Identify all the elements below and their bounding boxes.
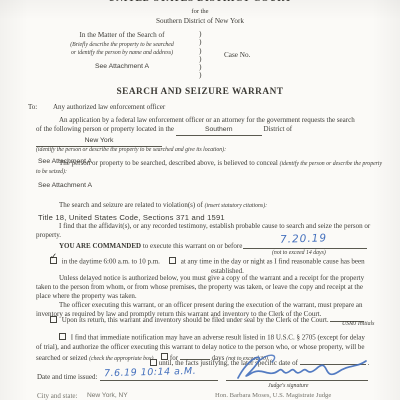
probable-cause-line1: I find that the affidavit(s), or any rec… bbox=[36, 222, 392, 231]
daytime-checkbox: ✓ bbox=[50, 257, 57, 264]
probable-cause-paragraph: I find that the affidavit(s), or any rec… bbox=[36, 222, 392, 240]
unless-line3: place where the property was taken. bbox=[36, 292, 392, 301]
to-line: To: Any authorized law enforcement offic… bbox=[28, 103, 165, 112]
unless-line2: taken to the person from whom, or from w… bbox=[36, 283, 392, 292]
caption-attachment: See Attachment A bbox=[42, 63, 202, 72]
application-line1: An application by a federal law enforcem… bbox=[36, 116, 392, 125]
city-state-label: City and state: bbox=[37, 392, 77, 400]
header-for-the: for the bbox=[0, 8, 400, 16]
command-bold: YOU ARE COMMANDED bbox=[59, 242, 141, 250]
delay-line1: I find that immediate notification may h… bbox=[36, 333, 392, 343]
unless-line1: Unless delayed notice is authorized belo… bbox=[36, 274, 392, 283]
court-title: UNITED STATES DISTRICT COURT bbox=[0, 0, 400, 5]
seal-checkbox bbox=[50, 316, 57, 323]
matter-note-2: or identify the person by name and addre… bbox=[42, 50, 202, 58]
execute-date-line bbox=[243, 248, 367, 249]
header-district: Southern District of New York bbox=[0, 17, 400, 26]
seal-text: Upon its return, this warrant and invent… bbox=[62, 316, 329, 324]
statutory-citation: Title 18, United States Code, Sections 3… bbox=[38, 213, 392, 223]
conceal-text: The person or property to be searched, d… bbox=[59, 159, 278, 167]
anytime-option: at any time in the day or night as I fin… bbox=[169, 257, 369, 276]
date-issued-label: Date and time issued: bbox=[37, 373, 97, 382]
conceal-note-2: to be seized): bbox=[36, 169, 392, 177]
caption-parens: ) ) ) ) ) ) bbox=[199, 30, 202, 80]
district-fill-in: Southern bbox=[176, 126, 262, 136]
delay-line3-pre: searched or seized bbox=[36, 354, 87, 362]
check-icon: ✓ bbox=[50, 252, 57, 263]
to-label: To: bbox=[28, 103, 37, 111]
conceal-paragraph: The person or property to be searched, d… bbox=[36, 159, 392, 191]
unless-paragraph: Unless delayed notice is authorized belo… bbox=[36, 274, 392, 301]
usmj-initials-label: USMJ Initials bbox=[342, 321, 374, 329]
probable-cause-line2: property. bbox=[36, 231, 392, 240]
state-fill-in: New York bbox=[36, 137, 162, 147]
violations-note: (insert statutory citations): bbox=[205, 203, 267, 209]
date-issued-handwritten: 7.6.19 10:14 a.M. bbox=[104, 366, 196, 381]
command-rest: to execute this warrant on or before bbox=[143, 242, 243, 250]
to-value: Any authorized law enforcement officer bbox=[53, 103, 165, 111]
paren: ) bbox=[199, 71, 202, 79]
application-line2-mid: District of bbox=[264, 125, 293, 133]
date-issued-line bbox=[100, 380, 218, 381]
violations-section: The search and seizure are related to vi… bbox=[36, 201, 392, 222]
doc-title: SEARCH AND SEIZURE WARRANT bbox=[0, 86, 400, 98]
delay-checkbox bbox=[59, 333, 66, 340]
application-note: (identify the person or describe the pro… bbox=[36, 147, 392, 155]
judge-signature-label: Judge's signature bbox=[268, 383, 308, 391]
conceal-note-1: (identify the person or describe the pro… bbox=[280, 161, 383, 167]
until-checkbox bbox=[150, 359, 157, 366]
anytime-label-line1: at any time in the day or night as I fin… bbox=[181, 258, 365, 266]
daytime-option: ✓ in the daytime 6:00 a.m. to 10 p.m. bbox=[50, 257, 160, 267]
caption-block: In the Matter of the Search of (Briefly … bbox=[42, 31, 202, 72]
city-state-value: New York, NY bbox=[87, 392, 128, 400]
application-line2-pre: of the following person or property loca… bbox=[36, 125, 174, 133]
seal-line: Upon its return, this warrant and invent… bbox=[50, 314, 392, 325]
judge-signature bbox=[224, 350, 370, 384]
violations-text: The search and seizure are related to vi… bbox=[59, 201, 203, 209]
delay-line3-note: (check the appropriate box) bbox=[89, 356, 153, 362]
matter-note-1: (Briefly describe the property to be sea… bbox=[42, 42, 202, 50]
case-no-label: Case No. bbox=[224, 51, 250, 60]
delay-line1-text: I find that immediate notification may h… bbox=[71, 334, 365, 342]
application-line2: of the following person or property loca… bbox=[36, 125, 392, 147]
conceal-line1: The person or property to be searched, d… bbox=[36, 159, 392, 169]
judge-name: Hon. Barbara Moses, U.S. Magistrate Judg… bbox=[215, 392, 331, 400]
violations-line: The search and seizure are related to vi… bbox=[36, 201, 392, 211]
daytime-label: in the daytime 6:00 a.m. to 10 p.m. bbox=[62, 258, 160, 266]
conceal-attachment: See Attachment A bbox=[38, 182, 392, 191]
command-line: YOU ARE COMMANDED to execute this warran… bbox=[36, 242, 392, 251]
search-warrant-document: UNITED STATES DISTRICT COURT for the Sou… bbox=[0, 0, 400, 400]
anytime-checkbox bbox=[169, 257, 176, 264]
matter-line: In the Matter of the Search of bbox=[42, 31, 202, 40]
execute-date-handwritten: 7.20.19 bbox=[280, 232, 328, 247]
officer-line1: The officer executing this warrant, or a… bbox=[36, 301, 392, 310]
